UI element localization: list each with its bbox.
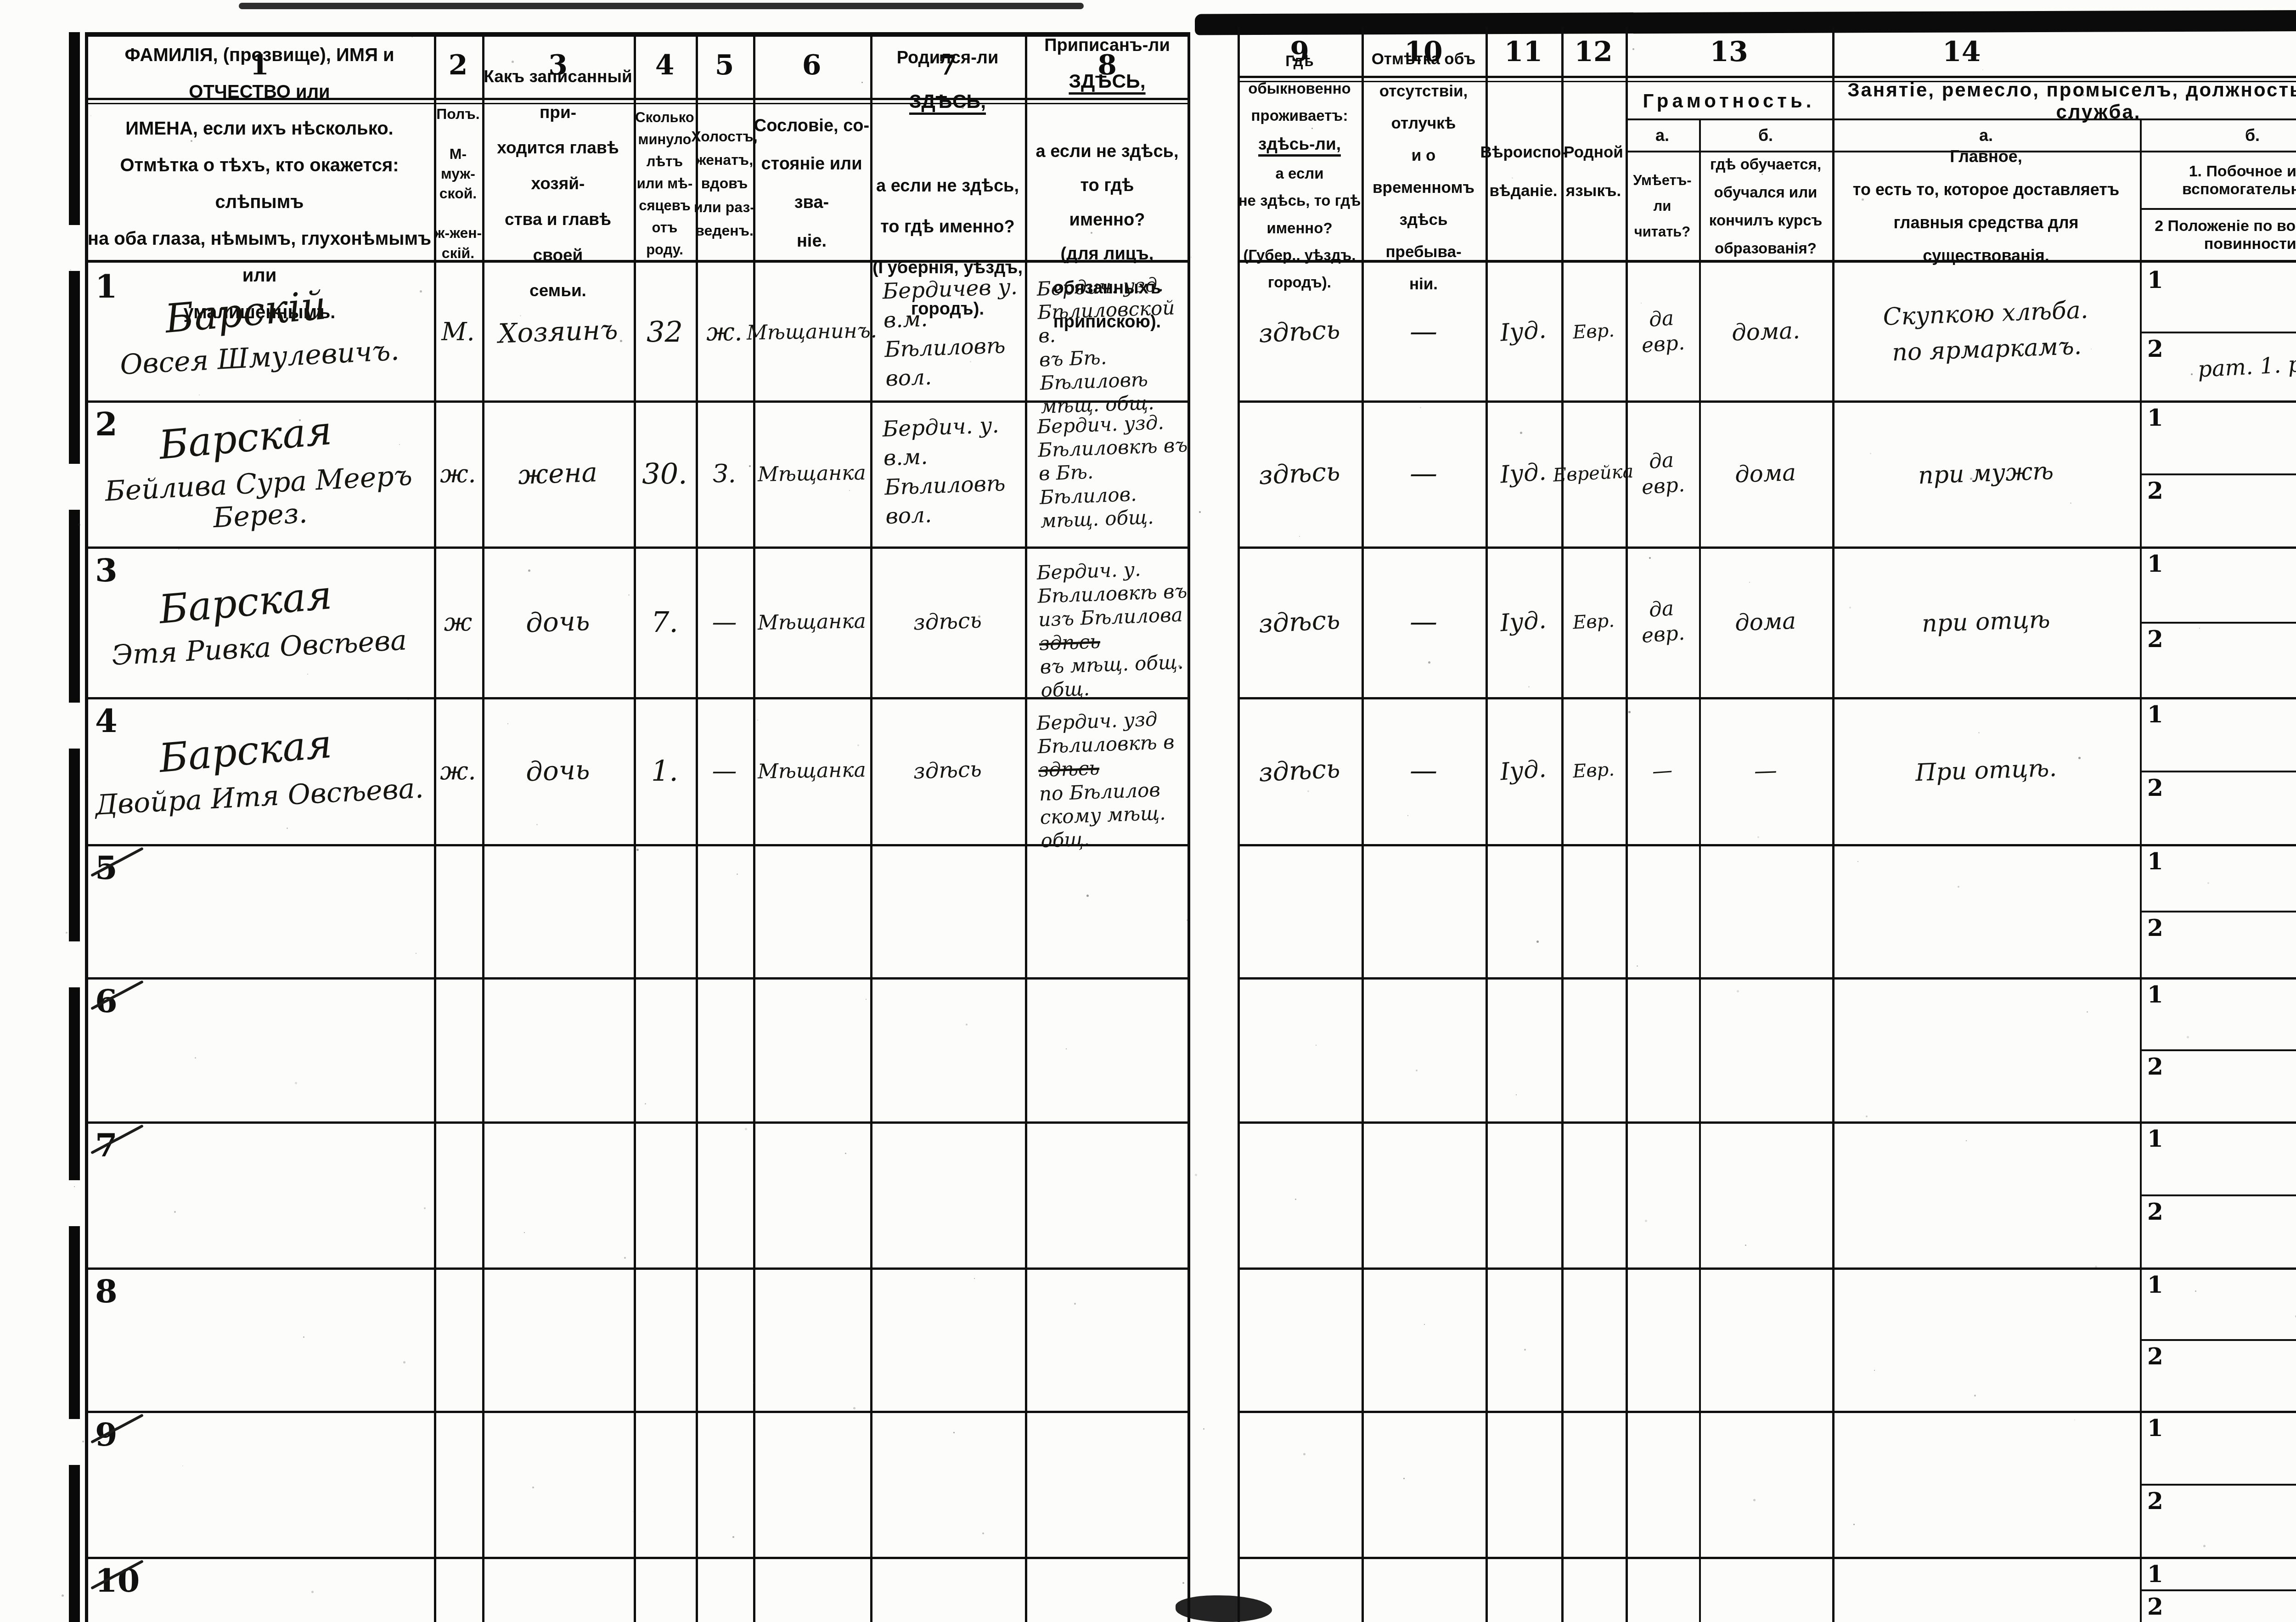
speck bbox=[2183, 119, 2183, 120]
row-5-literacy_where bbox=[1699, 844, 1832, 977]
row-8-born bbox=[870, 1267, 1025, 1411]
row-6-registered bbox=[1025, 977, 1189, 1121]
born-value: Бердичев у.в.м. Бѣлиловѣвол. bbox=[882, 272, 1027, 394]
speck bbox=[532, 1487, 534, 1488]
speck bbox=[962, 107, 964, 109]
registered-value: Бердич. у.Бѣлиловкѣ въизъ Бѣлиловаздѣсьв… bbox=[1036, 556, 1191, 702]
row-3-estate: Мѣщанка bbox=[753, 546, 870, 697]
row-2-registered: Бердич. узд.Бѣлиловкѣ във Бѣ. Бѣлилов.мѣ… bbox=[1025, 400, 1189, 546]
row-2-number: 2 bbox=[95, 405, 118, 443]
row-9-estate bbox=[753, 1411, 870, 1557]
speck bbox=[1074, 1303, 1076, 1305]
sex-value: ж. bbox=[440, 459, 476, 488]
sub-cell-label: 1 bbox=[2147, 1271, 2163, 1298]
cancel-slash bbox=[90, 847, 144, 877]
sub-cell-label: 2 bbox=[2147, 1487, 2163, 1515]
speck bbox=[295, 1082, 297, 1084]
row-2-name: 2БарскаяБейлива Сура Мееръ Берез. bbox=[85, 400, 434, 546]
relation-value: Хозяинъ bbox=[498, 314, 619, 349]
speck bbox=[182, 1465, 183, 1466]
row-10-literacy_where bbox=[1699, 1557, 1832, 1622]
row-8-literacy_where bbox=[1699, 1267, 1832, 1411]
sub-cell-label: 2 bbox=[2147, 1593, 2163, 1620]
speck bbox=[1291, 282, 1293, 283]
speck bbox=[2187, 1036, 2189, 1038]
language-value: Евр. bbox=[1572, 320, 1615, 344]
header-military-duty: 2 Положеніе по воинской повинности. bbox=[2140, 209, 2296, 261]
estate-value: Мѣщанка bbox=[757, 758, 866, 783]
row-10-estate bbox=[753, 1557, 870, 1622]
registered-value: Бердич. узд.Бѣлиловской в.въ Бѣ. Бѣлилов… bbox=[1036, 272, 1192, 418]
residence-value: здѣсь bbox=[1258, 456, 1341, 490]
speck bbox=[2078, 757, 2081, 759]
row-7-name: 7 bbox=[85, 1121, 434, 1267]
row-3-absence: — bbox=[1362, 546, 1486, 697]
speck bbox=[1862, 198, 1864, 201]
speck bbox=[1970, 478, 1972, 480]
row-9-number: 9 bbox=[95, 1415, 118, 1453]
speck bbox=[632, 1511, 633, 1512]
row-6-residence bbox=[1238, 977, 1362, 1121]
row-8-sex bbox=[434, 1267, 482, 1411]
row-1-occupation-side: 1 bbox=[2140, 263, 2296, 332]
registered-value: Бердич. уздБѣлиловкѣ вздѣсьпо Бѣлиловско… bbox=[1036, 707, 1178, 853]
speck bbox=[1512, 177, 1513, 179]
speck bbox=[520, 315, 521, 316]
row-5-military: 2 bbox=[2140, 911, 2296, 977]
row-6-number: 6 bbox=[95, 982, 118, 1020]
row-1-absence: — bbox=[1362, 263, 1486, 400]
speck bbox=[866, 999, 867, 1000]
row-2-absence: — bbox=[1362, 400, 1486, 546]
sub-cell-label: 1 bbox=[2147, 981, 2163, 1008]
speck bbox=[2203, 1545, 2206, 1547]
header-literacy-where: гдѣ обучается,обучался иликончилъ курсъо… bbox=[1699, 152, 1832, 261]
header-estate: Сословіе, со-стояніе или зва-ніе. bbox=[753, 107, 870, 261]
sub-cell-label: 2 bbox=[2147, 1198, 2163, 1225]
speck bbox=[1628, 711, 1631, 713]
row-5-relation bbox=[482, 844, 634, 977]
row-8-estate bbox=[753, 1267, 870, 1411]
header-occupation-group: Занятіе, ремесло, промыселъ, должность и… bbox=[1832, 83, 2296, 119]
speck bbox=[1641, 303, 1642, 304]
speck bbox=[1316, 1045, 1317, 1046]
row-6-absence bbox=[1362, 977, 1486, 1121]
row-1-estate: Мѣщанинъ. bbox=[753, 263, 870, 400]
speck bbox=[1428, 661, 1430, 664]
row-4-marital: — bbox=[696, 697, 753, 844]
row-3-military: 2 bbox=[2140, 622, 2296, 697]
row-7-born bbox=[870, 1121, 1025, 1267]
grid-line bbox=[1238, 76, 2296, 78]
speck bbox=[82, 1441, 84, 1442]
header-literacy-a: а. bbox=[1626, 119, 1699, 152]
row-5-religion bbox=[1486, 844, 1561, 977]
speck bbox=[1520, 432, 1522, 434]
census-form-scan: 1 2 3 4 5 6 7 8 9 10 11 12 13 14 ФАМИЛІЯ… bbox=[0, 0, 2296, 1622]
speck bbox=[753, 1382, 754, 1384]
speck bbox=[732, 1536, 734, 1538]
speck bbox=[1849, 607, 1851, 608]
marital-value: — bbox=[712, 608, 737, 636]
speck bbox=[1086, 895, 1089, 897]
language-value: Еврейка bbox=[1553, 461, 1634, 486]
row-6-occupation_main bbox=[1832, 977, 2140, 1121]
row-5-name: 5 bbox=[85, 844, 434, 977]
row-10-language bbox=[1561, 1557, 1626, 1622]
row-2-military: 2 bbox=[2140, 473, 2296, 546]
grid-line bbox=[1626, 151, 2296, 152]
speck bbox=[2091, 349, 2092, 349]
speck bbox=[2195, 1290, 2196, 1292]
speck bbox=[1624, 1374, 1625, 1374]
age-value: 32 bbox=[647, 315, 683, 349]
estate-value: Мѣщанка bbox=[757, 609, 866, 634]
age-value: 7. bbox=[651, 605, 678, 639]
speck bbox=[737, 873, 738, 875]
row-1-military: 2рат. 1. раз. bbox=[2140, 332, 2296, 400]
sex-value: ж. bbox=[440, 756, 476, 785]
row-4-name: 4БарскаяДвойра Итя Овсѣева. bbox=[85, 697, 434, 844]
row-9-sex bbox=[434, 1411, 482, 1557]
grid-line bbox=[85, 98, 1189, 100]
speck bbox=[90, 115, 91, 116]
row-8-age bbox=[634, 1267, 696, 1411]
speck bbox=[291, 165, 292, 166]
religion-value: Іуд. bbox=[1499, 755, 1547, 786]
speck bbox=[191, 140, 192, 142]
speck bbox=[424, 1207, 426, 1209]
speck bbox=[1066, 1048, 1067, 1049]
literacy_read-value: даевр. bbox=[1639, 595, 1685, 648]
absence-value: — bbox=[1410, 755, 1437, 787]
row-8-absence bbox=[1362, 1267, 1486, 1411]
row-6-name: 6 bbox=[85, 977, 434, 1121]
row-10-name: 10 bbox=[85, 1557, 434, 1622]
speck bbox=[849, 490, 850, 491]
language-value: Евр. bbox=[1572, 610, 1615, 634]
speck bbox=[1870, 453, 1871, 454]
row-10-born bbox=[870, 1557, 1025, 1622]
speck bbox=[399, 444, 400, 445]
row-9-religion bbox=[1486, 1411, 1561, 1557]
row-8-marital bbox=[696, 1267, 753, 1411]
row-3-sex: ж bbox=[434, 546, 482, 697]
speck bbox=[2087, 1011, 2088, 1013]
header-occupation-side: 1. Побочное или вспомогательное. bbox=[2140, 152, 2296, 209]
row-2-occupation-side: 1 bbox=[2140, 400, 2296, 473]
row-7-age bbox=[634, 1121, 696, 1267]
name-line-2: Бейлива Сура Мееръ Берез. bbox=[84, 458, 435, 541]
speck bbox=[199, 394, 200, 395]
occupation_main-value: при отцѣ bbox=[1921, 602, 2051, 642]
header-occupation-b: б. bbox=[2140, 119, 2296, 152]
row-2-age: 30. bbox=[634, 400, 696, 546]
row-3-marital: — bbox=[696, 546, 753, 697]
speck bbox=[2070, 502, 2071, 504]
marital-value: — bbox=[712, 756, 737, 785]
header-age: Сколькоминулолѣтъили мѣ-сяцевъотъ роду. bbox=[634, 107, 696, 261]
header-marital: Холостъ,женатъ,вдовъили раз-веденъ. bbox=[696, 107, 753, 261]
registered-value: Бердич. узд.Бѣлиловкѣ във Бѣ. Бѣлилов.мѣ… bbox=[1037, 410, 1192, 532]
row-9-marital bbox=[696, 1411, 753, 1557]
row-8-number: 8 bbox=[95, 1272, 118, 1310]
occupation_main-value: При отцѣ. bbox=[1915, 750, 2058, 791]
row-7-absence bbox=[1362, 1121, 1486, 1267]
sex-value: ж bbox=[444, 608, 472, 636]
row-1-residence: здѣсь bbox=[1238, 263, 1362, 400]
sub-cell-label: 2 bbox=[2147, 477, 2163, 504]
row-9-language bbox=[1561, 1411, 1626, 1557]
sub-cell-label: 1 bbox=[2147, 404, 2163, 431]
row-4-absence: — bbox=[1362, 697, 1486, 844]
row-1-occupation_main: Скупкою хлѣба.по ярмаркамъ. bbox=[1832, 263, 2140, 400]
row-9-military: 2 bbox=[2140, 1484, 2296, 1557]
speck bbox=[2095, 1266, 2097, 1268]
relation-value: жена bbox=[518, 456, 598, 490]
row-1-literacy_where: дома. bbox=[1699, 263, 1832, 400]
column-14-number: 14 bbox=[1832, 28, 2296, 76]
row-1-relation: Хозяинъ bbox=[482, 263, 634, 400]
speck bbox=[407, 698, 409, 700]
speck bbox=[1737, 990, 1739, 992]
speck bbox=[857, 744, 859, 746]
speck bbox=[1974, 1395, 1976, 1397]
speck bbox=[1632, 48, 1634, 50]
speck bbox=[978, 615, 980, 618]
speck bbox=[845, 1153, 846, 1154]
speck bbox=[307, 674, 308, 675]
row-1-language: Евр. bbox=[1561, 263, 1626, 400]
speck bbox=[1182, 1582, 1184, 1584]
name-line-1: Барская bbox=[158, 721, 334, 782]
grid-line bbox=[1238, 81, 2296, 82]
column-4-number: 4 bbox=[634, 32, 696, 98]
row-6-marital bbox=[696, 977, 753, 1121]
speck bbox=[745, 1128, 747, 1130]
speck bbox=[1203, 1428, 1204, 1430]
row-3-relation: дочь bbox=[482, 546, 634, 697]
row-4-estate: Мѣщанка bbox=[753, 697, 870, 844]
speck bbox=[1966, 1140, 1967, 1141]
speck bbox=[870, 336, 872, 338]
speck bbox=[1649, 557, 1651, 559]
speck bbox=[620, 340, 622, 342]
speck bbox=[2207, 882, 2209, 884]
row-4-residence: здѣсь bbox=[1238, 697, 1362, 844]
row-9-relation bbox=[482, 1411, 634, 1557]
speck bbox=[1416, 1070, 1418, 1071]
speck bbox=[1528, 686, 1530, 687]
row-10-military: 2 bbox=[2140, 1589, 2296, 1622]
marital-value: З. bbox=[713, 459, 736, 488]
literacy_where-value: — bbox=[1754, 757, 1778, 784]
row-7-registered bbox=[1025, 1121, 1189, 1267]
speck bbox=[195, 1057, 196, 1059]
row-4-military: 2 bbox=[2140, 771, 2296, 844]
speck bbox=[311, 1591, 314, 1593]
row-5-occupation-side: 1 bbox=[2140, 844, 2296, 911]
absence-value: — bbox=[1410, 315, 1437, 348]
speck bbox=[287, 828, 288, 829]
speck bbox=[1403, 1478, 1405, 1479]
row-5-literacy_read bbox=[1626, 844, 1699, 977]
speck bbox=[1199, 511, 1201, 513]
speck bbox=[178, 548, 180, 550]
row-8-language bbox=[1561, 1267, 1626, 1411]
row-6-estate bbox=[753, 977, 870, 1121]
row-7-relation bbox=[482, 1121, 634, 1267]
row-7-residence bbox=[1238, 1121, 1362, 1267]
speck bbox=[524, 1232, 525, 1233]
speck bbox=[741, 211, 742, 212]
row-8-relation bbox=[482, 1267, 634, 1411]
cancel-slash bbox=[90, 1414, 144, 1443]
row-10-registered bbox=[1025, 1557, 1189, 1622]
speck bbox=[1299, 536, 1300, 537]
header-relation: Какъ записанный при-ходится главѣ хозяй-… bbox=[482, 107, 634, 261]
row-2-marital: З. bbox=[696, 400, 753, 546]
absence-value: — bbox=[1410, 457, 1437, 490]
speck bbox=[174, 1211, 176, 1213]
row-2-literacy_where: дома bbox=[1699, 400, 1832, 546]
speck bbox=[641, 186, 642, 188]
row-9-literacy_read bbox=[1626, 1411, 1699, 1557]
row-9-residence bbox=[1238, 1411, 1362, 1557]
relation-value: дочь bbox=[525, 605, 591, 639]
name-line-1: Барская bbox=[158, 572, 334, 633]
row-8-registered bbox=[1025, 1267, 1189, 1411]
sub-cell-label: 2 bbox=[2147, 335, 2163, 362]
speck bbox=[1745, 1245, 1746, 1246]
row-10-sex bbox=[434, 1557, 482, 1622]
sub-cell-label: 1 bbox=[2147, 848, 2163, 875]
residence-value: здѣсь bbox=[1258, 754, 1341, 788]
header-residence: Гдѣ обыкновеннопроживаетъ:здѣсь-ли, а ес… bbox=[1238, 83, 1362, 261]
row-2-sex: ж. bbox=[434, 400, 482, 546]
speck bbox=[1958, 886, 1959, 888]
column-5-number: 5 bbox=[696, 32, 753, 98]
row-10-residence bbox=[1238, 1557, 1362, 1622]
top-edge-smear bbox=[239, 3, 1084, 9]
speck bbox=[1195, 1174, 1197, 1176]
row-4-age: 1. bbox=[634, 697, 696, 844]
row-2-residence: здѣсь bbox=[1238, 400, 1362, 546]
literacy_read-value: — bbox=[1651, 757, 1673, 784]
column-6-number: 6 bbox=[753, 32, 870, 98]
row-1-registered: Бердич. узд.Бѣлиловской в.въ Бѣ. Бѣлилов… bbox=[1025, 263, 1189, 400]
row-10-number: 10 bbox=[95, 1561, 140, 1599]
row-1-age: 32 bbox=[634, 263, 696, 400]
sub-cell-label: 2 bbox=[2147, 1053, 2163, 1080]
row-1-number: 1 bbox=[95, 267, 118, 305]
row-4-literacy_read: — bbox=[1626, 697, 1699, 844]
marital-value: ж. bbox=[706, 317, 743, 346]
row-1-sex: М. bbox=[434, 263, 482, 400]
row-8-religion bbox=[1486, 1267, 1561, 1411]
row-7-military: 2 bbox=[2140, 1194, 2296, 1267]
row-1-born: Бердичев у.в.м. Бѣлиловѣвол. bbox=[870, 263, 1025, 400]
name-line-1: Барская bbox=[158, 408, 334, 469]
row-7-sex bbox=[434, 1121, 482, 1267]
row-1-marital: ж. bbox=[696, 263, 753, 400]
header-literacy-group: Грамотность. bbox=[1626, 83, 1832, 119]
row-7-literacy_read bbox=[1626, 1121, 1699, 1267]
speck bbox=[1524, 1349, 1526, 1351]
sub-cell-label: 2 bbox=[2147, 914, 2163, 941]
cancel-slash bbox=[90, 1124, 144, 1154]
speck bbox=[953, 1432, 955, 1433]
row-4-occupation_main: При отцѣ. bbox=[1832, 697, 2140, 844]
speck bbox=[1303, 1453, 1306, 1455]
speck bbox=[966, 1024, 968, 1025]
row-6-age bbox=[634, 977, 696, 1121]
row-9-literacy_where bbox=[1699, 1411, 1832, 1557]
speck bbox=[411, 36, 413, 37]
speck bbox=[512, 61, 514, 63]
row-4-occupation-side: 1 bbox=[2140, 697, 2296, 771]
row-9-born bbox=[870, 1411, 1025, 1557]
header-surname: ФАМИЛІЯ, (прозвище), ИМЯ и ОТЧЕСТВО илиИ… bbox=[85, 107, 434, 261]
grid-line bbox=[85, 32, 1189, 37]
row-6-relation bbox=[482, 977, 634, 1121]
row-7-number: 7 bbox=[95, 1126, 118, 1164]
speck bbox=[749, 465, 751, 467]
speck bbox=[66, 932, 68, 934]
occupation_main-value: Скупкою хлѣба.по ярмаркамъ. bbox=[1882, 292, 2090, 371]
speck bbox=[853, 1407, 855, 1409]
row-6-sex bbox=[434, 977, 482, 1121]
row-3-religion: Іуд. bbox=[1486, 546, 1561, 697]
row-3-literacy_where: дома bbox=[1699, 546, 1832, 697]
row-3-born: здѣсь bbox=[870, 546, 1025, 697]
name-line-1: Барскій bbox=[163, 282, 328, 342]
residence-value: здѣсь bbox=[1258, 315, 1341, 349]
speck bbox=[1741, 327, 1743, 329]
speck bbox=[1407, 815, 1408, 816]
speck bbox=[1178, 665, 1181, 667]
sub-cell-label: 1 bbox=[2147, 701, 2163, 728]
name-line-2: Этя Ривка Овсѣева bbox=[111, 624, 408, 672]
row-4-registered: Бердич. уздБѣлиловкѣ вздѣсьпо Бѣлиловско… bbox=[1025, 697, 1189, 844]
row-6-language bbox=[1561, 977, 1626, 1121]
row-5-born bbox=[870, 844, 1025, 977]
row-2-literacy_read: даевр. bbox=[1626, 400, 1699, 546]
header-literacy-b: б. bbox=[1699, 119, 1832, 152]
sub-cell-label: 1 bbox=[2147, 1125, 2163, 1152]
row-3-language: Евр. bbox=[1561, 546, 1626, 697]
row-2-relation: жена bbox=[482, 400, 634, 546]
row-8-occupation_main bbox=[1832, 1267, 2140, 1411]
speck bbox=[628, 594, 630, 596]
speck bbox=[1082, 1557, 1083, 1558]
row-3-age: 7. bbox=[634, 546, 696, 697]
language-value: Евр. bbox=[1572, 759, 1615, 783]
row-4-number: 4 bbox=[95, 702, 118, 740]
literacy_where-value: дома bbox=[1734, 608, 1796, 636]
cancel-slash bbox=[90, 980, 144, 1010]
speck bbox=[861, 82, 863, 83]
row-2-occupation_main: при мужѣ bbox=[1832, 400, 2140, 546]
row-6-occupation-side: 1 bbox=[2140, 977, 2296, 1049]
row-3-residence: здѣсь bbox=[1238, 546, 1362, 697]
row-7-occupation-side: 1 bbox=[2140, 1121, 2296, 1194]
sex-value: М. bbox=[441, 317, 474, 346]
relation-value: дочь bbox=[525, 754, 591, 788]
grid-line bbox=[1626, 118, 2296, 120]
speck bbox=[70, 269, 71, 270]
speck bbox=[1978, 732, 1980, 733]
